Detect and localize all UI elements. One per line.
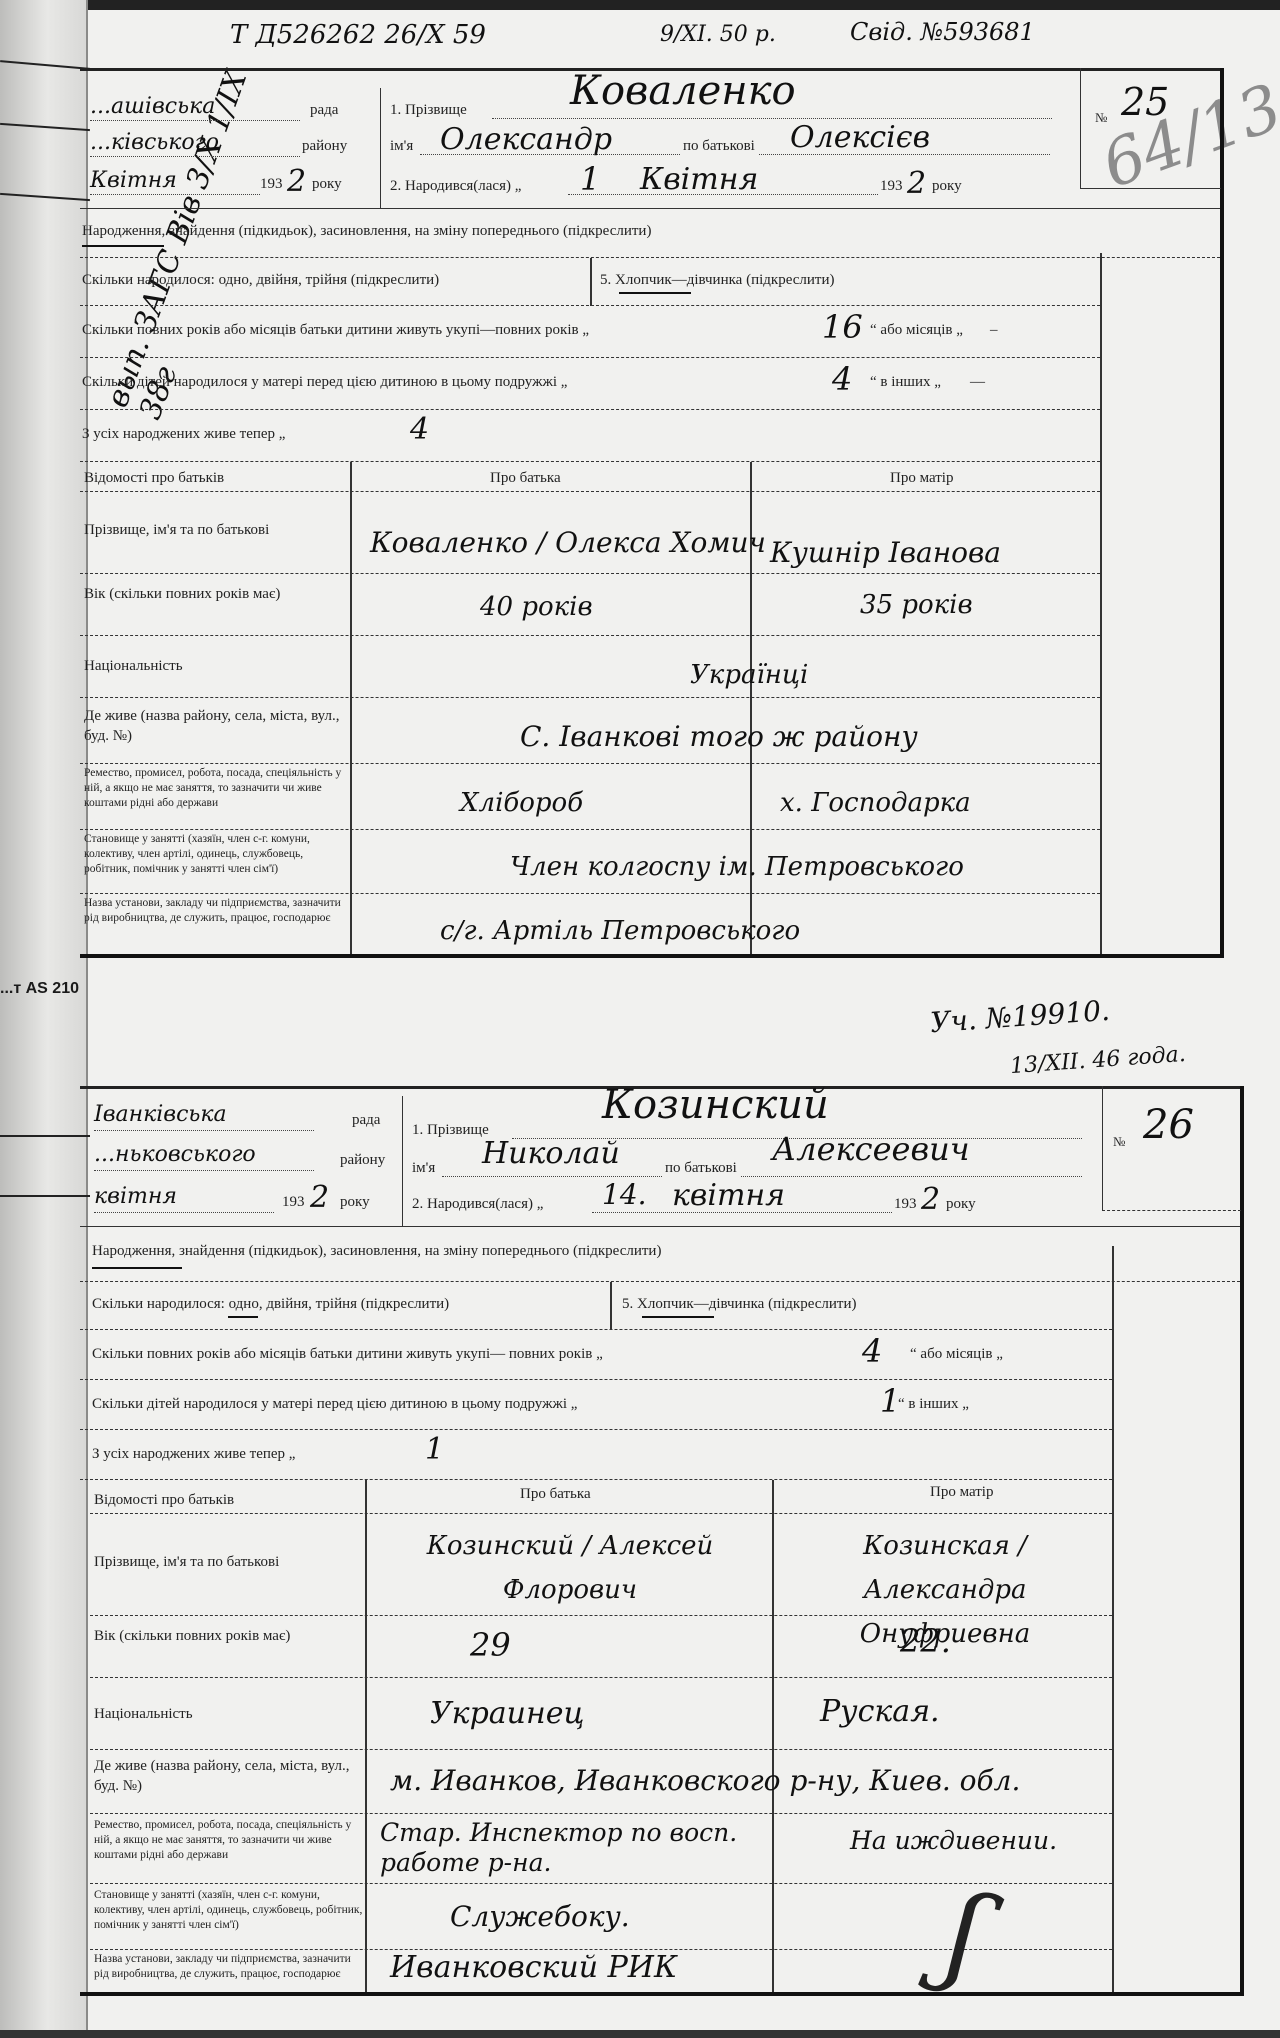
number-label: № [1113,1134,1125,1150]
row-label: Де живе (назва району, села, міста, вул.… [94,1756,364,1796]
years-together-value: 4 [862,1332,882,1370]
father-status: Служебоку. [450,1900,630,1933]
father-nationality: Украинец [430,1696,584,1731]
row-label: Прізвище, ім'я та по батькові [84,522,346,539]
born-month: квітня [672,1178,785,1213]
rada-label: рада [310,102,338,119]
child-name-block: 1. Прізвище Коваленко ім'я Олександр по … [380,88,1080,208]
year-prefix: 193 [260,176,283,193]
patronymic-value: Олексієв [790,120,930,155]
underline-mark [82,245,164,247]
father-header: Про батька [490,470,561,487]
born-year-digit: 2 [921,1182,940,1217]
born-label: 2. Народився(лася) „ [390,178,521,195]
parents-header-label: Відомості про батьків [84,470,224,487]
archive-note-top-middle: 9/XI. 50 р. [660,22,776,47]
year-label: року [340,1194,370,1211]
record2-note-line2: 13/XII. 46 года. [1009,1042,1186,1079]
sex-text: 5. Хлопчик—дівчинка (підкреслити) [600,272,834,289]
year-label: року [312,176,342,193]
record-number: 26 [1143,1102,1194,1148]
side-column-divider [1100,253,1102,958]
patronymic-label: по батькові [680,138,758,155]
months-label: “ або місяців „ [870,322,963,339]
raion-label: району [302,138,347,155]
birth-record-25: ...ашівська рада ...ківського району Кві… [80,68,1224,958]
card-bottom-border [80,954,1220,958]
children-before-value: 4 [832,360,852,398]
raion-value: ...ньковського [94,1142,256,1167]
row-label: Назва установи, закладу чи підприємства,… [94,1952,364,1982]
year-prefix: 193 [282,1194,305,1211]
surname-value: Козинский [602,1082,829,1128]
years-together-row: Скільки повних років або місяців батьки … [80,306,1100,358]
born-year-prefix: 193 [880,178,903,195]
father-employer: с/г. Артіль Петровського [440,916,800,946]
alive-row: З усіх народжених живе тепер „ 4 [80,410,1100,462]
sex-text: 5. Хлопчик—дівчинка (підкреслити) [622,1296,856,1313]
side-column-divider [1112,1246,1114,1996]
mother-age: 22. [900,1622,951,1660]
row-label: Де живе (назва району, села, міста, вул.… [84,706,346,746]
mother-occupation: х. Господарка [780,788,971,818]
underline-mark [619,292,691,294]
children-before-row: Скільки дітей народилося у матері перед … [80,1380,1112,1430]
parents-row-occupation: Ремество, промисел, робота, посада, спец… [80,764,1100,830]
children-other-value: — [970,374,985,391]
parents-row-age: Вік (скільки повних років має) 40 років … [80,574,1100,636]
underline-mark [642,1316,714,1318]
raion-value: ...ківського [90,130,219,155]
raion-label: району [340,1152,385,1169]
event-type-text: Народження, знайдення (підкидьок), засин… [92,1243,661,1260]
years-together-text: Скільки повних років або місяців батьки … [82,322,589,339]
father-occupation: Хлібороб [460,788,583,818]
children-before-text: Скільки дітей народилося у матері перед … [82,374,567,391]
multiplicity-text: Скільки народилося: одно, двійня, трійня… [92,1296,449,1313]
other-label: “ в інших „ [870,374,941,391]
margin-line [0,1135,90,1137]
father-occupation: Стар. Инспектор по восп. работе р-на. [380,1818,760,1878]
patronymic-value: Алексеевич [772,1130,970,1168]
mother-age: 35 років [860,590,973,620]
born-year-label: року [932,178,962,195]
scan-bottom-edge [0,2030,1280,2038]
born-month: Квітня [640,162,758,197]
underline-mark [228,1316,258,1318]
years-together-value: 16 [822,308,863,346]
residence-value: С. Іванкові того ж району [520,720,918,753]
children-before-text: Скільки дітей народилося у матері перед … [92,1396,577,1413]
name-label: ім'я [390,138,413,155]
parents-row-residence: Де живе (назва району, села, міста, вул.… [80,698,1100,764]
year-digit: 2 [287,164,306,199]
archive-note-top-right: Свід. №593681 [850,18,1035,46]
mother-header: Про матір [930,1484,993,1501]
father-status: Член колгоспу ім. Петровського [510,852,964,882]
mother-occupation: На иждивении. [850,1826,1057,1855]
parents-row-employer: Назва установи, закладу чи підприємства,… [80,894,1100,958]
alive-row: З усіх народжених живе тепер „ 1 [80,1430,1112,1480]
born-year-prefix: 193 [894,1196,917,1213]
born-day: 1 [580,160,600,198]
row-label: Національність [94,1706,193,1723]
father-age: 40 років [480,592,593,622]
mother-name: Кушнір Іванова [770,536,1001,569]
months-value: – [990,322,998,339]
name-value: Олександр [440,122,612,157]
mother-header: Про матір [890,470,953,487]
multiplicity-row: Скільки народилося: одно, двійня, трійня… [80,1282,1112,1330]
years-together-text: Скільки повних років або місяців батьки … [92,1346,603,1363]
parents-row-name: Прізвище, ім'я та по батькові Коваленко … [80,492,1100,574]
parents-row-occupation: Ремество, промисел, робота, посада, спец… [90,1814,1112,1884]
row-label: Ремество, промисел, робота, посада, спец… [84,766,346,811]
parents-row-nationality: Національність Українці [80,636,1100,698]
archive-note-top-left: Т Д526262 26/X 59 [230,20,486,50]
rada-value: Іванківська [94,1102,227,1127]
location-block: ...ашівська рада ...ківського району Кві… [80,88,381,208]
other-label: “ в інших „ [898,1396,969,1413]
children-before-row: Скільки дітей народилося у матері перед … [80,358,1100,410]
alive-text: З усіх народжених живе тепер „ [92,1446,295,1463]
parents-row-status: Становище у занятті (хазяїн, член с-г. к… [80,830,1100,894]
months-label: “ або місяців „ [910,1346,1003,1363]
underline-mark [92,1267,182,1269]
row-label: Прізвище, ім'я та по батькові [94,1554,364,1571]
alive-value: 1 [425,1432,444,1467]
record-number-box: № 25 [1080,68,1221,189]
alive-value: 4 [410,412,429,447]
patronymic-label: по батькові [662,1160,740,1177]
father-header: Про батька [520,1486,591,1503]
book-binding [0,0,88,2038]
father-employer: Иванковский РИК [390,1950,677,1985]
row-label: Вік (скільки повних років має) [84,586,346,603]
born-day: 14. [602,1178,647,1211]
margin-line [0,1195,90,1197]
name-label: ім'я [412,1160,435,1177]
year-digit: 2 [310,1180,329,1215]
event-type-text: Народження, знайдення (підкидьок), засин… [82,223,651,240]
birth-record-26: Іванківська рада ...ньковського району к… [80,1086,1244,1996]
surname-value: Коваленко [570,68,796,114]
alive-text: З усіх народжених живе тепер „ [82,426,285,443]
born-label: 2. Народився(лася) „ [412,1196,543,1213]
card-bottom-border [80,1992,1240,1996]
record-number: 25 [1121,80,1169,124]
child-name-block: 1. Прізвище Козинский ім'я Николай по ба… [402,1096,1102,1226]
rada-label: рада [352,1112,380,1129]
record2-note-line1: Уч. №19910. [929,994,1111,1039]
surname-label: 1. Прізвище [390,102,467,119]
row-label: Становище у занятті (хазяїн, член с-г. к… [84,832,346,877]
record-number-box: № 26 [1102,1086,1241,1211]
parents-row-name: Прізвище, ім'я та по батькові Козинский … [90,1514,1112,1616]
surname-label: 1. Прізвище [412,1122,489,1139]
nationality-value: Українці [690,660,808,690]
month-value: квітня [94,1184,177,1209]
scan-top-edge [0,0,1280,10]
name-value: Николай [482,1136,620,1171]
multiplicity-row: Скільки народилося: одно, двійня, трійня… [80,258,1100,306]
born-year-digit: 2 [907,166,926,201]
rada-value: ...ашівська [90,94,215,119]
row-label: Вік (скільки повних років має) [94,1628,364,1645]
father-name: Козинский / Алексей Флорович [380,1524,760,1612]
number-label: № [1095,110,1107,126]
parents-header-row: Відомості про батьків Про батька Про мат… [80,462,1100,492]
row-label: Національність [84,658,183,675]
parents-table: Відомості про батьків Про батька Про мат… [90,1480,1112,1996]
parents-table: Відомості про батьків Про батька Про мат… [80,462,1100,958]
location-block: Іванківська рада ...ньковського району к… [90,1096,403,1226]
born-year-label: року [946,1196,976,1213]
parents-header-row: Відомості про батьків Про батька Про мат… [90,1480,1112,1514]
father-age: 29 [470,1626,511,1664]
mother-nationality: Руская. [820,1694,940,1729]
residence-value: м. Иванков, Иванковского р-ну, Киев. обл… [390,1764,1020,1797]
margin-stamp: ...т AS 210 [0,980,79,998]
years-together-row: Скільки повних років або місяців батьки … [80,1330,1112,1380]
row-label: Ремество, промисел, робота, посада, спец… [94,1818,364,1863]
parents-header-label: Відомості про батьків [94,1492,234,1509]
multiplicity-text: Скільки народилося: одно, двійня, трійня… [82,272,439,289]
row-label: Назва установи, закладу чи підприємства,… [84,896,346,926]
month-value: Квітня [90,168,177,193]
parents-row-residence: Де живе (назва району, села, міста, вул.… [90,1750,1112,1814]
parents-row-nationality: Національність Украинец Руская. [90,1678,1112,1750]
event-type-row: Народження, знайдення (підкидьок), засин… [80,208,1220,258]
parents-row-age: Вік (скільки повних років має) 29 22. [90,1616,1112,1678]
event-type-row: Народження, знайдення (підкидьок), засин… [80,1226,1240,1282]
row-label: Становище у занятті (хазяїн, член с-г. к… [94,1888,364,1933]
